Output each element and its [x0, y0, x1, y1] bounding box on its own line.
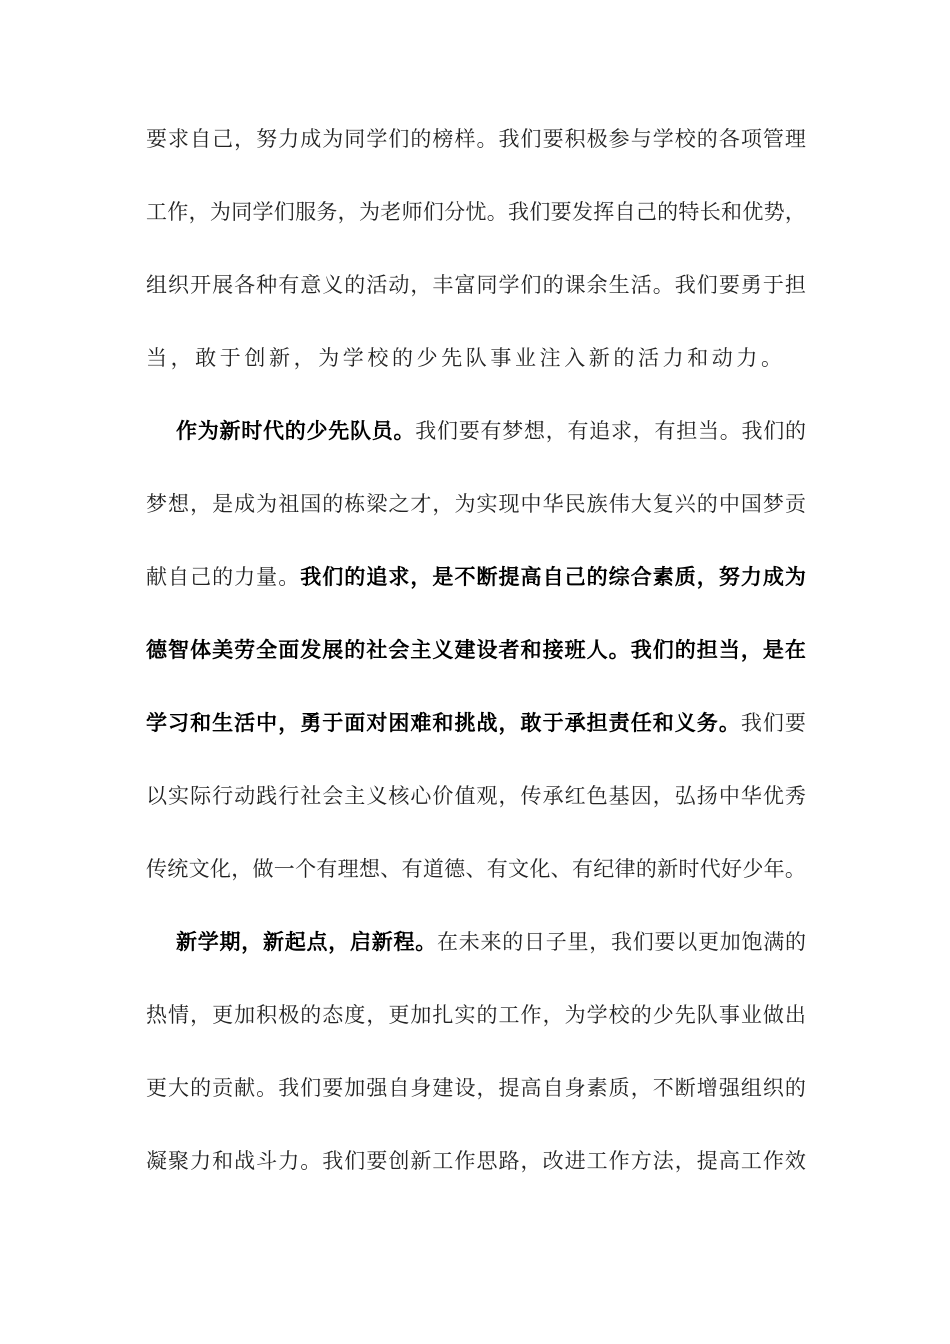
char: 扎	[432, 988, 453, 1061]
char: ，	[234, 112, 255, 185]
bold-char: ，	[697, 550, 718, 623]
char: 的	[543, 258, 564, 331]
bold-char: 义	[675, 696, 696, 769]
char: 身	[410, 1061, 431, 1134]
char: 的	[322, 477, 343, 550]
bold-char: 员	[372, 404, 393, 477]
char: 效	[785, 1134, 806, 1207]
char: 行	[278, 769, 299, 842]
char: 为	[359, 185, 380, 258]
char: 自	[168, 550, 189, 623]
char: 化	[529, 842, 550, 915]
bold-char: 主	[410, 623, 431, 696]
bold-char: 德	[146, 623, 167, 696]
char: 民	[565, 477, 586, 550]
char: 创	[388, 1134, 409, 1207]
char: 力	[234, 550, 255, 623]
char: 我	[675, 258, 696, 331]
char: 凝	[146, 1134, 167, 1207]
char: 要	[543, 112, 564, 185]
char: ，	[190, 988, 211, 1061]
char: 的	[697, 112, 718, 185]
char: 己	[636, 185, 657, 258]
char: 要	[366, 1134, 387, 1207]
char: 理	[338, 842, 359, 915]
char: 我	[508, 185, 529, 258]
char: 。	[300, 1134, 321, 1207]
char: 努	[256, 112, 277, 185]
text-segment: 当，敢于创新，为学校的少先队事业注入新的活力和动力。	[146, 331, 786, 404]
char: 为	[210, 185, 231, 258]
bold-char: 挑	[454, 696, 475, 769]
char: 一	[274, 842, 295, 915]
char: 时	[678, 842, 699, 915]
char: 。	[785, 842, 806, 915]
text-line: 德智体美劳全面发展的社会主义建设者和接班人。我们的担当，是在	[146, 623, 806, 696]
char: 势	[764, 185, 785, 258]
char: 提	[499, 1061, 520, 1134]
bold-char: 队	[350, 404, 371, 477]
char: 以	[146, 769, 167, 842]
char: 师	[402, 185, 423, 258]
char: 学	[587, 988, 608, 1061]
char: 文	[508, 842, 529, 915]
bold-char: 难	[410, 696, 431, 769]
char: 积	[565, 112, 586, 185]
bold-char: ，	[410, 550, 431, 623]
char: 榜	[432, 112, 453, 185]
char: 们	[763, 404, 784, 477]
bold-char: 勇	[300, 696, 321, 769]
bold-char: 的	[285, 404, 306, 477]
char: 际	[190, 769, 211, 842]
char: 的	[300, 988, 321, 1061]
char: 的	[785, 404, 806, 477]
char: 。	[476, 112, 497, 185]
bold-char: 为	[785, 550, 806, 623]
char: 红	[565, 769, 586, 842]
char: 少	[742, 842, 763, 915]
char: 和	[212, 1134, 233, 1207]
char: 伟	[609, 477, 630, 550]
char: 的	[476, 988, 497, 1061]
char: 实	[168, 769, 189, 842]
text-line: 传统文化，做一个有理想、有道德、有文化、有纪律的新时代好少年。	[146, 842, 806, 915]
bold-char: 我	[631, 623, 652, 696]
bold-char: 劳	[234, 623, 255, 696]
bold-char: 担	[587, 696, 608, 769]
bold-char: 求	[388, 550, 409, 623]
bold-char: 力	[741, 550, 762, 623]
char: 路	[499, 1134, 520, 1207]
char: 秀	[785, 769, 806, 842]
char: 意	[300, 258, 321, 331]
char: 要	[719, 258, 740, 331]
bold-char: 己	[565, 550, 586, 623]
bold-char: 责	[609, 696, 630, 769]
bold-char: 新	[220, 404, 241, 477]
char: 。	[487, 185, 508, 258]
char: 力	[190, 1134, 211, 1207]
char: 提	[697, 1134, 718, 1207]
char: 生	[609, 258, 630, 331]
char: 们	[529, 185, 550, 258]
bold-char: 高	[521, 550, 542, 623]
char: 老	[380, 185, 401, 258]
char: 工	[499, 988, 520, 1061]
char: 为	[256, 477, 277, 550]
bold-char: ，	[499, 696, 520, 769]
char: 改	[543, 1134, 564, 1207]
char: 年	[764, 842, 785, 915]
bold-char: 程	[394, 915, 415, 988]
char: 价	[432, 769, 453, 842]
char: 服	[295, 185, 316, 258]
char: 新	[410, 1134, 431, 1207]
char: ，	[675, 1134, 696, 1207]
char: 、	[380, 842, 401, 915]
char: 组	[741, 1061, 762, 1134]
bold-char: 在	[785, 623, 806, 696]
char: 德	[444, 842, 465, 915]
char: 事	[719, 988, 740, 1061]
char: 族	[587, 477, 608, 550]
char: 梦	[146, 477, 167, 550]
char: 现	[499, 477, 520, 550]
char: ，	[190, 477, 211, 550]
char: 管	[763, 112, 784, 185]
char: ，	[189, 185, 210, 258]
char: 加	[410, 988, 431, 1061]
char: 工	[432, 1134, 453, 1207]
char: 优	[742, 185, 763, 258]
char: 中	[719, 769, 740, 842]
bold-char: 新	[176, 915, 197, 988]
char: 们	[521, 258, 542, 331]
char: 梁	[366, 477, 387, 550]
bold-char: 。	[719, 696, 740, 769]
char: 己	[212, 112, 233, 185]
char: 弘	[675, 769, 696, 842]
char: 要	[146, 112, 167, 185]
char: 们	[521, 112, 542, 185]
char: 各	[234, 258, 255, 331]
char: 有	[572, 842, 593, 915]
char: 校	[609, 988, 630, 1061]
bold-char: 体	[190, 623, 211, 696]
char: 律	[615, 842, 636, 915]
char: ，	[231, 842, 252, 915]
char: 特	[678, 185, 699, 258]
char: 高	[719, 1134, 740, 1207]
char: 力	[278, 112, 299, 185]
bold-char: 学	[198, 915, 219, 988]
char: 于	[763, 258, 784, 331]
char: 样	[454, 112, 475, 185]
char: 复	[653, 477, 674, 550]
bold-char: ，	[328, 915, 349, 988]
char: 的	[212, 550, 233, 623]
char: 有	[487, 842, 508, 915]
bold-char: 全	[256, 623, 277, 696]
char: 们	[344, 1134, 365, 1207]
char: 纪	[593, 842, 614, 915]
char: 开	[190, 258, 211, 331]
bold-char: 为	[198, 404, 219, 477]
char: 织	[168, 258, 189, 331]
char: 为	[454, 477, 475, 550]
char: 积	[256, 988, 277, 1061]
char: 的	[636, 842, 657, 915]
char: 活	[366, 258, 387, 331]
char: 斗	[256, 1134, 277, 1207]
bold-char: 们	[322, 550, 343, 623]
document-page: 要求自己，努力成为同学们的榜样。我们要积极参与学校的各项管理工作，为同学们服务，…	[146, 112, 806, 1207]
char: 祖	[278, 477, 299, 550]
char: 思	[476, 1134, 497, 1207]
char: 课	[565, 258, 586, 331]
char: 实	[454, 988, 475, 1061]
text-line: 热情，更加积极的态度，更加扎实的工作，为学校的少先队事业做出	[146, 988, 806, 1061]
char: 要	[785, 696, 806, 769]
char: 传	[146, 842, 167, 915]
bold-char: 和	[521, 623, 542, 696]
bold-char: 习	[168, 696, 189, 769]
text-line: 学习和生活中，勇于面对困难和挑战，敢于承担责任和义务。我们要	[146, 696, 806, 769]
char: 的	[785, 915, 806, 988]
char: 的	[502, 915, 523, 988]
char: 学	[366, 112, 387, 185]
char: 不	[653, 1061, 674, 1134]
char: 做	[252, 842, 273, 915]
bold-char: 时	[241, 404, 262, 477]
char: 各	[719, 112, 740, 185]
bold-char: 班	[565, 623, 586, 696]
bold-char: 承	[565, 696, 586, 769]
text-line: 新学期，新起点，启新程。在未来的日子里，我们要以更加饱满的	[146, 915, 806, 988]
char: 担	[785, 258, 806, 331]
char: 度	[344, 988, 365, 1061]
char: ，	[521, 1134, 542, 1207]
char: 们	[300, 1061, 321, 1134]
char: 观	[476, 769, 497, 842]
char: 工	[741, 1134, 762, 1207]
bold-char: 成	[763, 550, 784, 623]
char: 富	[454, 258, 475, 331]
char: 的	[697, 477, 718, 550]
bold-char: 启	[350, 915, 371, 988]
char: 做	[763, 988, 784, 1061]
bold-char: 敢	[521, 696, 542, 769]
char: 栋	[344, 477, 365, 550]
bold-char: 提	[499, 550, 520, 623]
bold-char: 我	[300, 550, 321, 623]
char: 我	[742, 404, 763, 477]
char: 大	[631, 477, 652, 550]
bold-char: 。	[415, 915, 436, 988]
char: 。	[653, 258, 674, 331]
char: 长	[700, 185, 721, 258]
char: 业	[741, 988, 762, 1061]
bold-char: 于	[322, 696, 343, 769]
char: 当	[698, 404, 719, 477]
text-line: 工作，为同学们服务，为老师们分忧。我们要发挥自己的特长和优势，	[146, 185, 806, 258]
char: 我	[499, 112, 520, 185]
char: 和	[721, 185, 742, 258]
char: 增	[697, 1061, 718, 1134]
char: 优	[763, 769, 784, 842]
char: 们	[423, 185, 444, 258]
char: 扬	[697, 769, 718, 842]
bold-char: 社	[366, 623, 387, 696]
char: 日	[524, 915, 545, 988]
char: 素	[587, 1061, 608, 1134]
char: 态	[322, 988, 343, 1061]
char: 要	[655, 915, 676, 988]
bold-char: 义	[432, 623, 453, 696]
bold-char: 们	[653, 623, 674, 696]
char: 求	[611, 404, 632, 477]
bold-char: 生	[212, 696, 233, 769]
document-body: 要求自己，努力成为同学们的榜样。我们要积极参与学校的各项管理工作，为同学们服务，…	[146, 112, 806, 1207]
char: 华	[741, 769, 762, 842]
text-line: 组织开展各种有意义的活动，丰富同学们的课余生活。我们要勇于担	[146, 258, 806, 331]
char: 实	[476, 477, 497, 550]
char: 才	[410, 477, 431, 550]
bold-char: 。	[609, 623, 630, 696]
char: 出	[785, 988, 806, 1061]
char: 社	[300, 769, 321, 842]
char: 贡	[785, 477, 806, 550]
char: 有	[481, 404, 502, 477]
char: 忧	[465, 185, 486, 258]
char: ，	[476, 1061, 497, 1134]
bold-char: 新	[372, 915, 393, 988]
char: 是	[212, 477, 233, 550]
char: 自	[543, 1061, 564, 1134]
char: 。	[278, 550, 299, 623]
char: 们	[388, 112, 409, 185]
char: 担	[676, 404, 697, 477]
char: 我	[278, 1061, 299, 1134]
char: 余	[587, 258, 608, 331]
char: 、	[465, 842, 486, 915]
char: 值	[454, 769, 475, 842]
char: 想	[524, 404, 545, 477]
bold-char: 智	[168, 623, 189, 696]
bold-char: 素	[653, 550, 674, 623]
char: 的	[657, 185, 678, 258]
char: 展	[212, 258, 233, 331]
char: 少	[653, 988, 674, 1061]
text-line: 当，敢于创新，为学校的少先队事业注入新的活力和动力。	[146, 331, 806, 404]
char: 学	[252, 185, 273, 258]
char: 活	[631, 258, 652, 331]
char: 兴	[675, 477, 696, 550]
char: 有	[278, 258, 299, 331]
char: ，	[410, 258, 431, 331]
char: 。	[720, 404, 741, 477]
char: 想	[168, 477, 189, 550]
char: 来	[481, 915, 502, 988]
bold-char: 断	[476, 550, 497, 623]
char: 梦	[502, 404, 523, 477]
char: ，	[338, 185, 359, 258]
bold-char: 不	[454, 550, 475, 623]
char: 我	[415, 404, 436, 477]
char: 挥	[593, 185, 614, 258]
char: 有	[316, 842, 337, 915]
char: 自	[190, 112, 211, 185]
bold-char: 会	[388, 623, 409, 696]
char: 加	[720, 915, 741, 988]
bold-char: 合	[631, 550, 652, 623]
bold-char: 战	[476, 696, 497, 769]
char: 的	[785, 1061, 806, 1134]
bold-char: 期	[220, 915, 241, 988]
char: 自	[615, 185, 636, 258]
char: 学	[653, 112, 674, 185]
bold-char: 自	[543, 550, 564, 623]
char: 法	[653, 1134, 674, 1207]
char: ，	[546, 404, 567, 477]
char: 传	[521, 769, 542, 842]
char: 梦	[763, 477, 784, 550]
char: 以	[676, 915, 697, 988]
char: 加	[234, 988, 255, 1061]
char: 热	[146, 988, 167, 1061]
bold-char: 于	[543, 696, 564, 769]
char: 子	[546, 915, 567, 988]
char: ，	[785, 185, 806, 258]
char: 我	[611, 915, 632, 988]
char: 务	[316, 185, 337, 258]
char: 饱	[742, 915, 763, 988]
char: 工	[587, 1134, 608, 1207]
char: 的	[344, 258, 365, 331]
char: 代	[700, 842, 721, 915]
char: 们	[697, 258, 718, 331]
char: 们	[633, 915, 654, 988]
char: 同	[344, 112, 365, 185]
char: 质	[609, 1061, 630, 1134]
char: 核	[388, 769, 409, 842]
bold-char: ，	[241, 915, 262, 988]
char: 有	[568, 404, 589, 477]
char: 中	[719, 477, 740, 550]
char: 践	[256, 769, 277, 842]
char: 主	[344, 769, 365, 842]
bold-char: 的	[344, 623, 365, 696]
char: 我	[322, 1134, 343, 1207]
char: 会	[322, 769, 343, 842]
char: 建	[432, 1061, 453, 1134]
bold-char: 追	[366, 550, 387, 623]
bold-char: 新	[263, 915, 284, 988]
char: 有	[402, 842, 423, 915]
bold-char: 质	[675, 550, 696, 623]
char: 为	[565, 988, 586, 1061]
char: 织	[763, 1061, 784, 1134]
bold-char: 。	[394, 404, 415, 477]
char: 动	[388, 258, 409, 331]
bold-char: 建	[454, 623, 475, 696]
char: 情	[168, 988, 189, 1061]
char: 国	[300, 477, 321, 550]
bold-char: 担	[697, 623, 718, 696]
char: 作	[454, 1134, 475, 1207]
char: 承	[543, 769, 564, 842]
